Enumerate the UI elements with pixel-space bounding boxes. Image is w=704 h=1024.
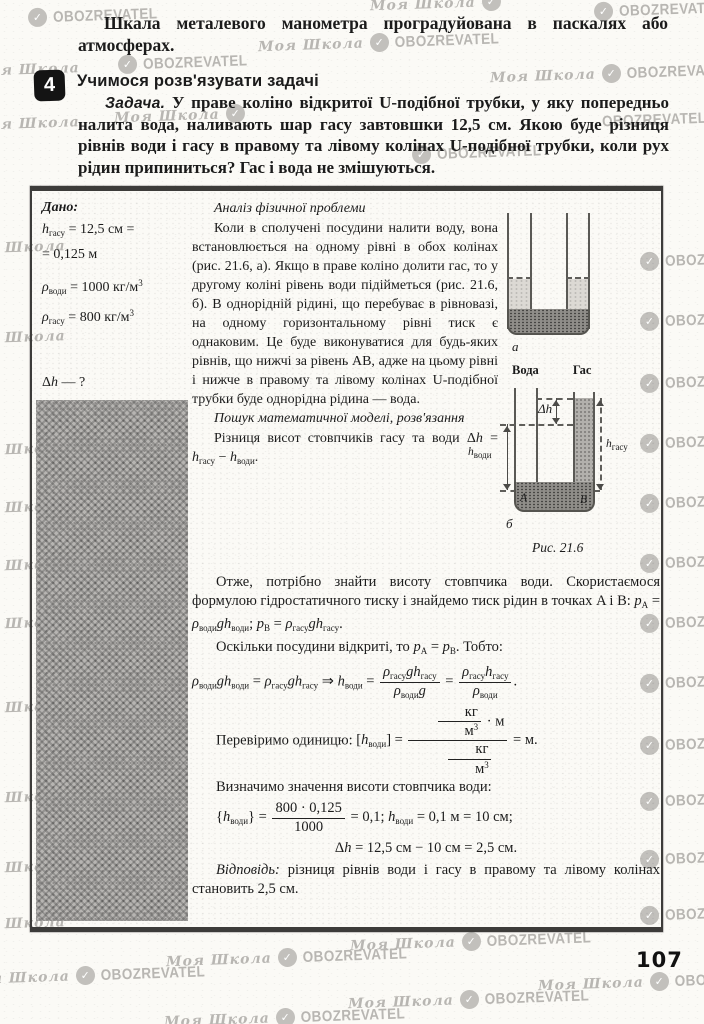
calc-equation: {hводи} = 800 · 0,1251000 = 0,1; hводи =… [192,800,660,836]
figure-column: а Вода Гас [498,195,660,556]
figure-a-utube: а [498,205,660,357]
given-find: Δh — ? [36,372,188,394]
gas-column-fill [575,398,593,492]
gas-label: Гас [573,363,592,378]
section-number-badge: 4 [33,69,65,101]
page-number: 107 [636,948,683,972]
h-gas-label: hгасу [606,438,628,452]
liquid-labels-row: Вода Гас [498,363,660,378]
problem-statement: Задача. У праве коліно відкритої U-подіб… [78,92,669,178]
answer-paragraph: Відповідь: різниця рівнів води і гасу в … [192,861,660,899]
h-water-arrow [507,424,508,490]
figure-caption: Рис. 21.6 [532,540,660,556]
h-water-label: hводи [468,446,492,460]
arrowhead-up [596,396,604,406]
given-column: Дано: hгасу = 12,5 см = = 0,125 м ρводи … [36,197,188,921]
given-rho-gas: ρгасу = 800 кг/м3 [36,302,188,332]
tube-wall [530,213,532,309]
pressure-equality-formula: pA = pB [413,639,455,655]
analysis-heading: Аналіз фізичної проблеми [192,199,498,218]
given-h-line2: = 0,125 м [36,244,188,266]
arrowhead-up [503,422,511,432]
difference-text: Різниця висот стовпчиків гасу та води [214,431,467,446]
problem-label: Задача. [105,95,165,112]
arrowhead-up [552,396,560,406]
water-label: Вода [512,363,539,378]
content-layer: Шкала металевого манометра проградуйован… [0,0,704,1024]
solution-p1-text: Отже, потрібно знайти висоту стовпчика в… [192,574,660,609]
main-equation: ρводиghводи = ρгасуghгасу ⇒ hводи = ρгас… [192,664,660,701]
solution-paragraph-1: Отже, потрібно знайти висоту стовпчика в… [192,573,660,638]
solution-p2-text2: . Тобто: [456,639,503,655]
delta-equation: Δh = 12,5 см − 10 см = 2,5 см. [192,839,660,858]
tube-bottom-channel [507,309,590,335]
delta-h-label: Δh [538,401,552,417]
section-title: Учимося розв'язувати задачі [77,72,319,91]
tube-wall [593,392,595,486]
point-a-label: A [520,492,527,504]
analysis-column: Аналіз фізичної проблеми Коли в сполучен… [192,199,498,471]
figure-b-utube: Δh hводи hгасу A B б [498,384,660,536]
given-h-line1: hгасу = 12,5 см = [36,219,188,244]
calc-intro: Визначимо значення висоти стовпчика води… [192,778,660,797]
solution-box: Дано: hгасу = 12,5 см = = 0,125 м ρводи … [30,186,663,932]
unit-check-line: Перевіримо одиницю: [hводи] = кгм3 · мкг… [192,704,660,779]
water-level-dash [566,277,590,279]
water-fill [568,279,588,313]
solution-paragraph-2: Оскільки посудини відкриті, то pA = pB. … [192,638,660,661]
arrowhead-down [596,484,604,494]
arrowhead-down [503,484,511,494]
unit-check-formula: [hводи] = кгм3 · мкгм3 = м. [356,732,537,748]
given-label: Дано: [36,197,188,219]
arrowhead-down [552,418,560,428]
scanned-textbook-page: Моя Школа✓✓OBOZREVATEL✓OBOZREVATELМоя Шк… [0,0,704,1024]
unit-check-text: Перевіримо одиницю: [216,732,356,748]
given-rho-water: ρводи = 1000 кг/м3 [36,272,188,302]
solution-text-region: Отже, потрібно знайти висоту стовпчика в… [192,573,660,899]
problem-text: У праве коліно відкритої U-подібної труб… [78,93,669,177]
tube-wall [514,388,516,486]
subfigure-b-label: б [506,516,513,532]
solution-p2-text1: Оскільки посудини відкриті, то [216,639,413,655]
model-heading: Пошук математичної моделі, розв'язання [192,409,498,428]
water-level-dash [507,277,532,279]
point-b-label: B [580,494,587,506]
h-gas-extent-dash [600,398,602,490]
analysis-paragraph: Коли в сполучені посудини налити воду, в… [192,219,498,409]
intro-paragraph: Шкала металевого манометра проградуйован… [78,12,668,56]
subfigure-a-label: а [512,339,519,355]
answer-label: Відповідь: [216,862,280,878]
water-fill [509,279,530,313]
scan-artifact-hatch [36,400,188,921]
difference-paragraph: Різниця висот стовпчиків гасу та води Δh… [192,429,498,471]
